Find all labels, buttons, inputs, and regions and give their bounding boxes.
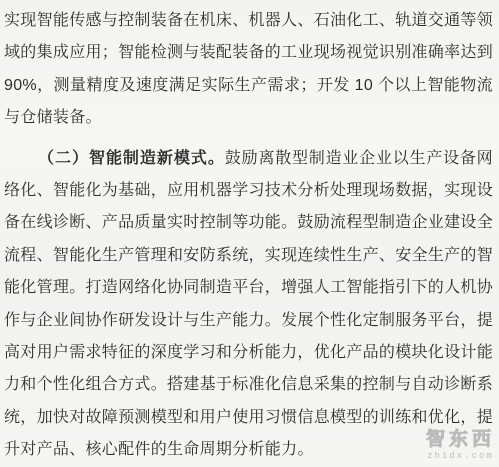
text-line: 络化、智能化为基础，应用机器学习技术分析处理现场数据，实现设 [4,175,493,207]
text-line: 作与企业间协作研发设计与生产能力。发展个性化定制服务平台，提 [4,305,493,337]
text-line: 备在线诊断、产品质量实时控制等功能。鼓励流程型制造企业建设全 [4,207,493,239]
section-heading: （二）智能制造新模式。 [38,150,225,167]
document-page: 实现智能传感与控制装备在机床、机器人、石油化工、轨道交通等领 域的集成应用；智能… [0,0,499,467]
watermark-site-url: zhidx.com [426,452,495,461]
text-line: 域的集成应用；智能检测与装配装备的工业现场视觉识别准确率达到 [4,37,493,69]
text-line: 流程、智能化生产管理和安防系统，实现连续性生产、安全生产的智 [4,240,493,272]
text-line: 实现智能传感与控制装备在机床、机器人、石油化工、轨道交通等领 [4,5,493,37]
text-line: 力和个性化组合方式。搭建基于标准化信息采集的控制与自动诊断系 [4,369,493,401]
paragraph-smart-manufacturing-modes: （二）智能制造新模式。鼓励离散型制造业企业以生产设备网 络化、智能化为基础，应用… [4,143,493,467]
heading-line-rest: 鼓励离散型制造业企业以生产设备网 [225,150,493,167]
zhidx-watermark: 智东西 zhidx.com [426,430,495,461]
text-line: 统，加快对故障预测模型和用户使用习惯信息模型的训练和优化，提 [4,402,493,434]
paragraph-continuation: 实现智能传感与控制装备在机床、机器人、石油化工、轨道交通等领 域的集成应用；智能… [4,5,493,135]
text-line-with-heading: （二）智能制造新模式。鼓励离散型制造业企业以生产设备网 [4,143,493,175]
text-line: 高对用户需求特征的深度学习和分析能力，优化产品的模块化设计能 [4,337,493,369]
text-line: 能化管理。打造网络化协同制造平台，增强人工智能指引下的人机协 [4,272,493,304]
watermark-logo-text: 智东西 [426,430,495,449]
text-line: 与仓储装备。 [4,102,493,134]
text-line: 升对产品、核心配件的生命周期分析能力。 [4,434,493,466]
text-line: 90%，测量精度及速度满足实际生产需求；开发 10 个以上智能物流 [4,70,493,102]
